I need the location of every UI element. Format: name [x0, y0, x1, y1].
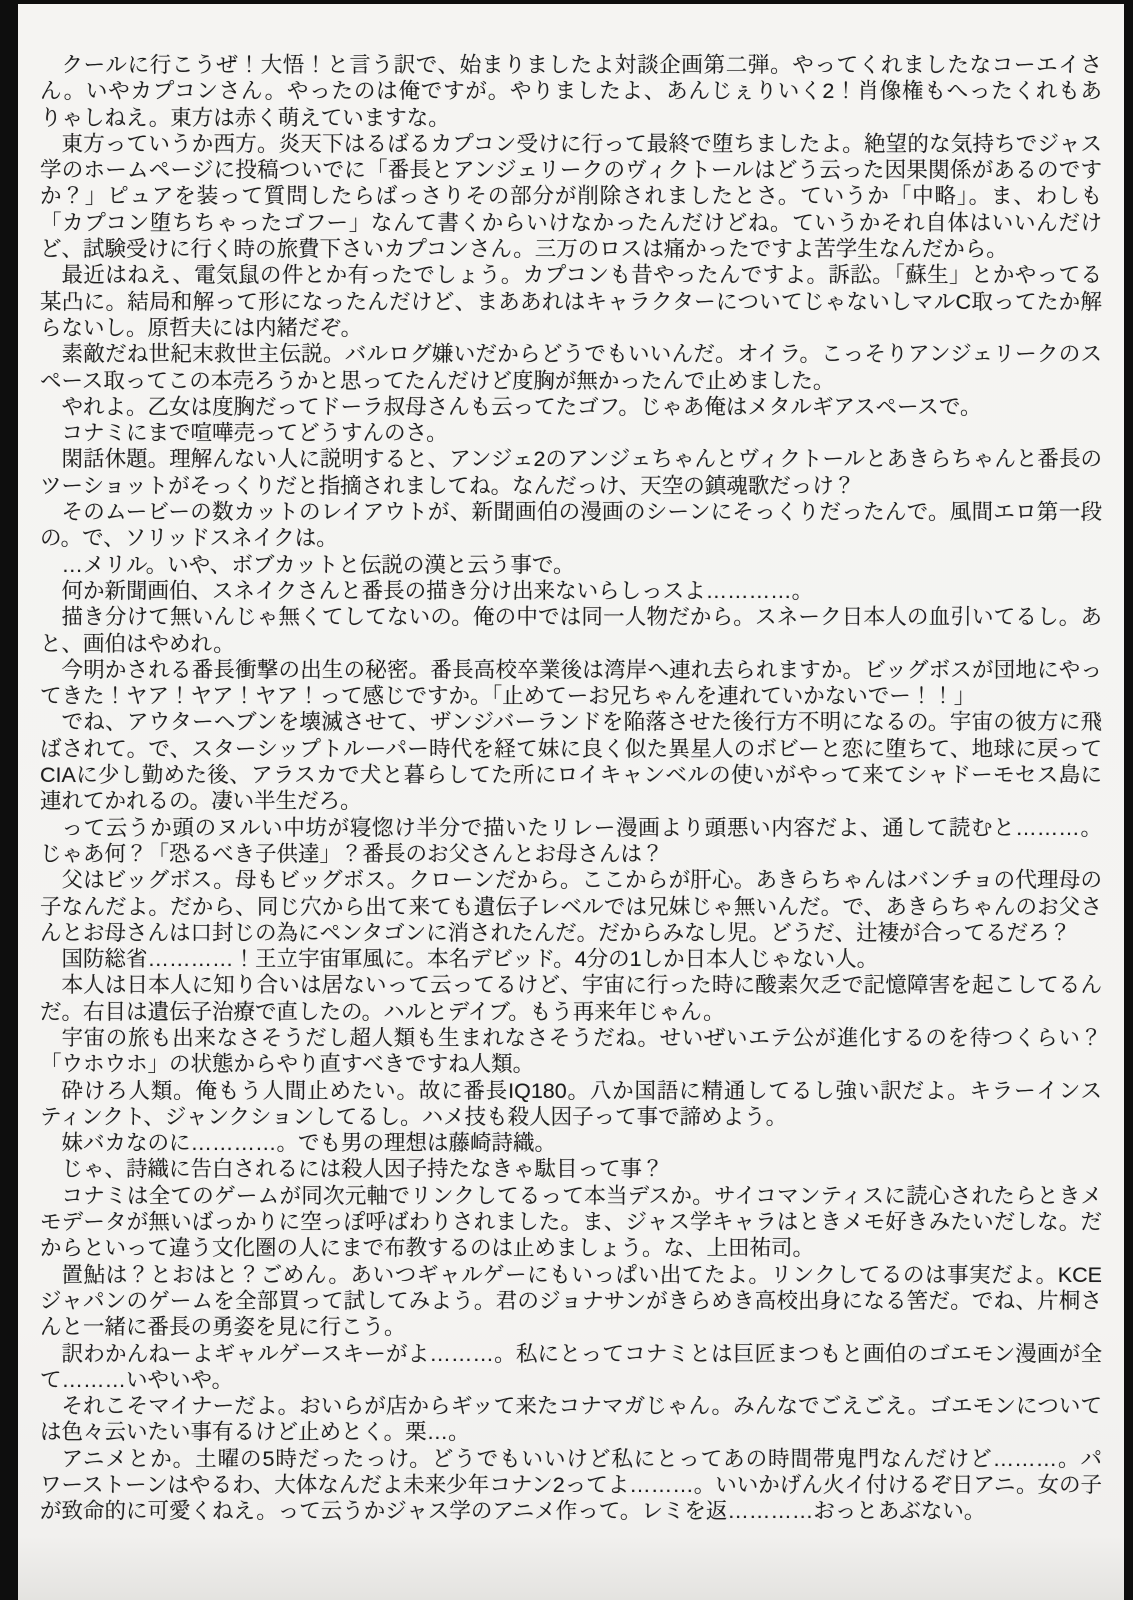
- paragraph: それこそマイナーだよ。おいらが店からギッて来たコナマガじゃん。みんなでごえごえ。…: [40, 1393, 1102, 1446]
- paragraph: 何か新聞画伯、スネイクさんと番長の描き分け出来ないらしっスよ…………。: [40, 578, 1102, 604]
- scan-edge-right: [1124, 0, 1133, 1600]
- paragraph: 東方っていうか西方。炎天下はるばるカプコン受けに行って最終で堕ちましたよ。絶望的…: [40, 131, 1102, 262]
- scanned-page: クールに行こうぜ！大悟！と言う訳で、始まりましたよ対談企画第二弾。やってくれまし…: [0, 0, 1133, 1600]
- paragraph: 妹バカなのに…………。でも男の理想は藤崎詩織。: [40, 1130, 1102, 1156]
- paragraph: コナミは全てのゲームが同次元軸でリンクしてるって本当デスか。サイコマンティスに読…: [40, 1183, 1102, 1262]
- paragraph: やれよ。乙女は度胸だってドーラ叔母さんも云ってたゴフ。じゃあ俺はメタルギアスペー…: [40, 394, 1102, 420]
- paragraph: 砕けろ人類。俺もう人間止めたい。故に番長IQ180。八か国語に精通してるし強い訳…: [40, 1078, 1102, 1131]
- paragraph: 本人は日本人に知り合いは居ないって云ってるけど、宇宙に行った時に酸素欠乏で記憶障…: [40, 972, 1102, 1025]
- paragraph: コナミにまで喧嘩売ってどうすんのさ。: [40, 420, 1102, 446]
- paragraph: じゃ、詩織に告白されるには殺人因子持たなきゃ駄目って事？: [40, 1156, 1102, 1182]
- scan-edge-left: [0, 0, 18, 1600]
- paragraph: …メリル。いや、ボブカットと伝説の漢と云う事で。: [40, 552, 1102, 578]
- paragraph: 宇宙の旅も出来なさそうだし超人類も生まれなさそうだね。せいぜいエテ公が進化するの…: [40, 1025, 1102, 1078]
- paragraph: でね、アウターヘブンを壊滅させて、ザンジバーランドを陥落させた後行方不明になるの…: [40, 709, 1102, 814]
- paragraph: 訳わかんねーよギャルゲースキーがよ………。私にとってコナミとは巨匠まつもと画伯の…: [40, 1341, 1102, 1394]
- paragraph: 最近はねえ、電気鼠の件とか有ったでしょう。カプコンも昔やったんですよ。訴訟。「蘇…: [40, 262, 1102, 341]
- paragraph: 置鮎は？とおはと？ごめん。あいつギャルゲーにもいっぱい出てたよ。リンクしてるのは…: [40, 1262, 1102, 1341]
- paragraph: 父はビッグボス。母もビッグボス。クローンだから。ここからが肝心。あきらちゃんはバ…: [40, 867, 1102, 946]
- paragraph: 今明かされる番長衝撃の出生の秘密。番長高校卒業後は湾岸へ連れ去られますか。ビッグ…: [40, 657, 1102, 710]
- paragraph: 描き分けて無いんじゃ無くてしてないの。俺の中では同一人物だから。スネーク日本人の…: [40, 604, 1102, 657]
- paragraph: って云うか頭のヌルい中坊が寝惚け半分で描いたリレー漫画より頭悪い内容だよ、通して…: [40, 815, 1102, 868]
- body-text: クールに行こうぜ！大悟！と言う訳で、始まりましたよ対談企画第二弾。やってくれまし…: [40, 52, 1102, 1525]
- paragraph: クールに行こうぜ！大悟！と言う訳で、始まりましたよ対談企画第二弾。やってくれまし…: [40, 52, 1102, 131]
- paragraph: 国防総省…………！王立宇宙軍風に。本名デビッド。4分の1しか日本人じゃない人。: [40, 946, 1102, 972]
- scan-edge-top: [0, 0, 1133, 4]
- paragraph: 素敵だね世紀末救世主伝説。バルログ嫌いだからどうでもいいんだ。オイラ。こっそりア…: [40, 341, 1102, 394]
- paragraph: 閑話休題。理解んない人に説明すると、アンジェ2のアンジェちゃんとヴィクトールとあ…: [40, 446, 1102, 499]
- paragraph: そのムービーの数カットのレイアウトが、新聞画伯の漫画のシーンにそっくりだったんで…: [40, 499, 1102, 552]
- paragraph: アニメとか。土曜の5時だったっけ。どうでもいいけど私にとってあの時間帯鬼門なんだ…: [40, 1446, 1102, 1525]
